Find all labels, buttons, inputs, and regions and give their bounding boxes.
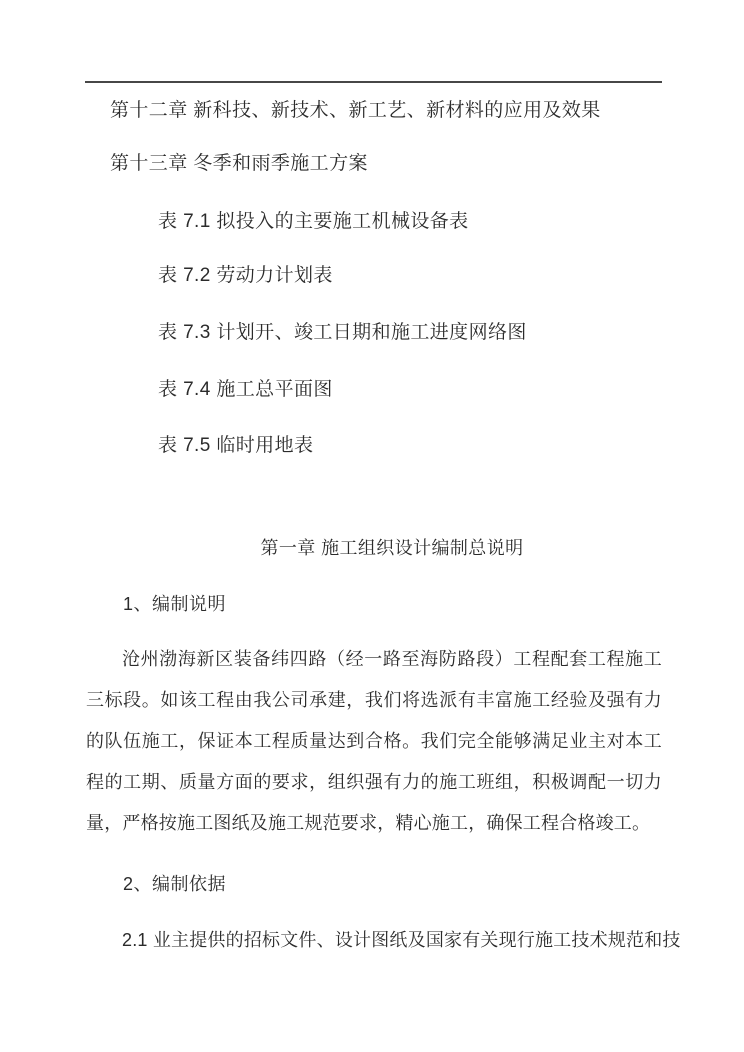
section2-heading: 2、编制依据 xyxy=(123,871,226,897)
toc-table-7-5: 表 7.5 临时用地表 xyxy=(158,433,313,459)
toc-table-7-1: 表 7.1 拟投入的主要施工机械设备表 xyxy=(158,209,469,235)
toc-table-7-2: 表 7.2 劳动力计划表 xyxy=(158,263,333,289)
header-divider-rule xyxy=(85,81,662,83)
section2-item-2-1: 2.1 业主提供的招标文件、设计图纸及国家有关现行施工技术规范和技 xyxy=(86,927,736,954)
chapter1-title: 第一章 施工组织设计编制总说明 xyxy=(124,535,660,561)
toc-table-7-3: 表 7.3 计划开、竣工日期和施工进度网络图 xyxy=(158,320,527,346)
toc-table-7-4: 表 7.4 施工总平面图 xyxy=(158,377,333,403)
toc-chapter-13: 第十三章 冬季和雨季施工方案 xyxy=(110,151,368,177)
section1-paragraph: 沧州渤海新区装备纬四路（经一路至海防路段）工程配套工程施工三标段。如该工程由我公… xyxy=(86,639,662,844)
document-page: 第十二章 新科技、新技术、新工艺、新材料的应用及效果 第十三章 冬季和雨季施工方… xyxy=(0,0,744,1052)
toc-chapter-12: 第十二章 新科技、新技术、新工艺、新材料的应用及效果 xyxy=(110,98,601,124)
section1-heading: 1、编制说明 xyxy=(123,591,226,617)
